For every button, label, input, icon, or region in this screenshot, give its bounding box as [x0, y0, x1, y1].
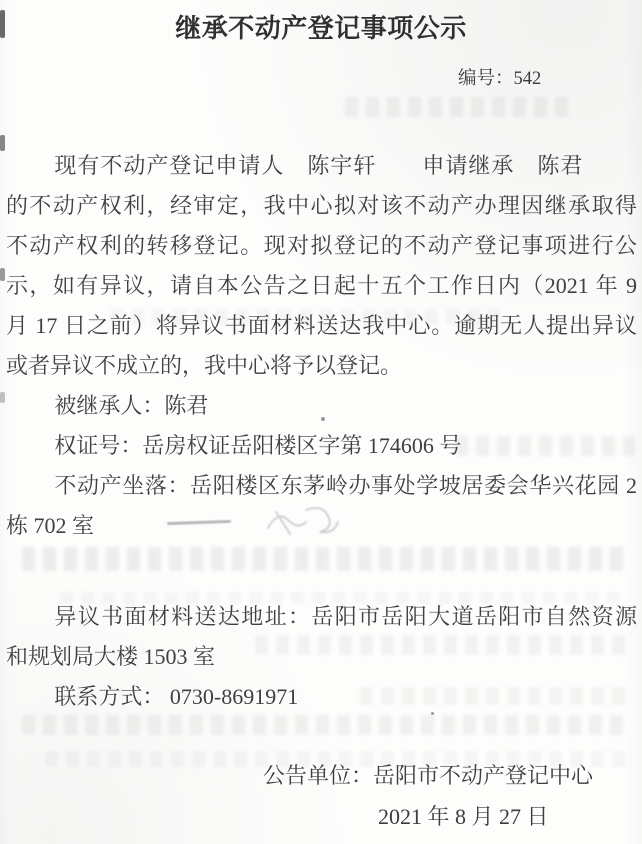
edge-speck: [0, 268, 5, 281]
date-line: 2021 年 8 月 27 日: [378, 797, 549, 837]
bleed-smudge: [110, 309, 510, 325]
page-title: 继承不动产登记事项公示: [0, 10, 642, 46]
bleed-smudge: [22, 715, 630, 735]
pencil-scribble: [262, 502, 342, 540]
property-location-line: 不动产坐落：岳阳楼区东茅岭办事处学坡居委会华兴花园 2: [6, 466, 637, 506]
doc-number-value: 542: [514, 69, 542, 89]
bleed-smudge: [360, 687, 630, 705]
edge-speck: [0, 135, 5, 151]
bleed-smudge: [345, 97, 575, 117]
doc-number: 编号：542: [458, 66, 541, 92]
body-line: 示，如有异议，请自本公告之日起十五个工作日内（2021 年 9: [6, 266, 637, 306]
body-line: 不动产权利的转移登记。现对拟登记的不动产登记事项进行公: [6, 226, 637, 266]
body-line: 或者异议不成立的，我中心将予以登记。: [6, 346, 637, 386]
ink-dot: [431, 712, 434, 715]
bleed-smudge: [45, 751, 625, 767]
body-line: 的不动产权利，经审定，我中心拟对该不动产办理因继承取得: [6, 186, 637, 226]
bleed-smudge: [22, 547, 628, 571]
edge-speck: [0, 10, 5, 38]
bleed-smudge: [255, 635, 630, 655]
body-paragraph: 现有不动产登记申请人 陈宇轩 申请继承 陈君 的不动产权利，经审定，我中心拟对该…: [6, 146, 637, 546]
body-line-applicant: 现有不动产登记申请人 陈宇轩 申请继承 陈君: [6, 146, 637, 186]
doc-number-label: 编号：: [458, 69, 514, 89]
bleed-smudge: [455, 436, 635, 456]
ink-dot: [321, 417, 325, 421]
edge-speck: [0, 392, 5, 403]
bleed-smudge: [60, 592, 620, 604]
notice-page: 继承不动产登记事项公示 编号：542 现有不动产登记申请人 陈宇轩 申请继承 陈…: [0, 0, 642, 844]
